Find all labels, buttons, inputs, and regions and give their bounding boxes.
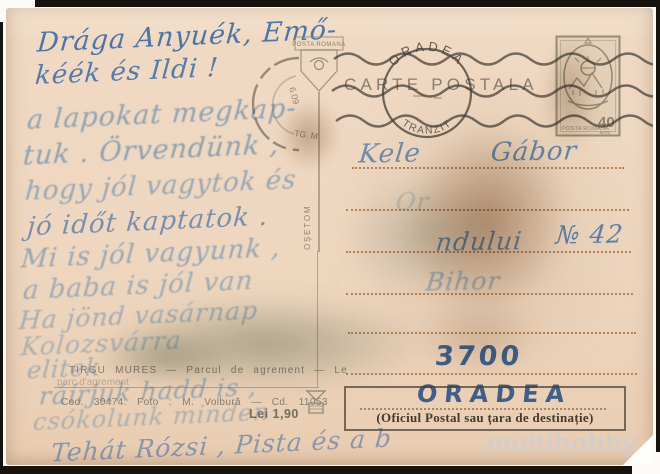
postcard-scan: Drága Anyuék, Emő- kéék és Ildi ! a lapo… — [0, 0, 660, 474]
address-line-rule — [346, 209, 629, 211]
address-line-rule — [348, 332, 636, 334]
postmark-date: 6.09 — [287, 86, 301, 106]
scan-edge-right — [656, 0, 660, 452]
address-faint-fragment: Or — [395, 188, 431, 217]
street-number: № 42 — [554, 219, 624, 249]
scan-edge-bottom — [0, 466, 632, 474]
street-fragment: ndului — [434, 226, 523, 257]
county: Bihor — [424, 266, 502, 296]
postmark-oradea: ORADEA TRANZIT — [383, 39, 471, 137]
publisher-logo — [305, 389, 327, 415]
postmark-office: TG. M — [294, 128, 319, 141]
svg-text:TRANZIT: TRANZIT — [400, 117, 454, 137]
caption-title: TIRGU MURES — Parcul de agrement — Le — [69, 365, 348, 376]
scan-edge-left — [0, 22, 3, 474]
watermark: multihobby — [487, 428, 637, 459]
postmark-type: TRANZIT — [400, 117, 454, 137]
address-line-rule — [346, 373, 637, 375]
addressee-name-fragment: Kele — [357, 138, 422, 169]
cancellation-waves — [332, 54, 653, 127]
scan-edge-top — [35, 0, 660, 7]
destination-box: (Oficiul Postal sau țara de destinație) — [344, 386, 626, 431]
postal-code: 3700 — [433, 341, 523, 372]
caption-title-fr: parc d'agrement — [57, 377, 129, 388]
caption-price: Lei 1,90 — [249, 407, 299, 421]
addressee-name: Gábor — [489, 136, 578, 168]
postcard: Drága Anyuék, Emő- kéék és Ildi ! a lapo… — [6, 8, 653, 465]
postmark-left-partial: 6.09 TG. M — [253, 58, 318, 150]
destination-box-label: (Oficiul Postal sau țara de destinație) — [346, 410, 624, 426]
